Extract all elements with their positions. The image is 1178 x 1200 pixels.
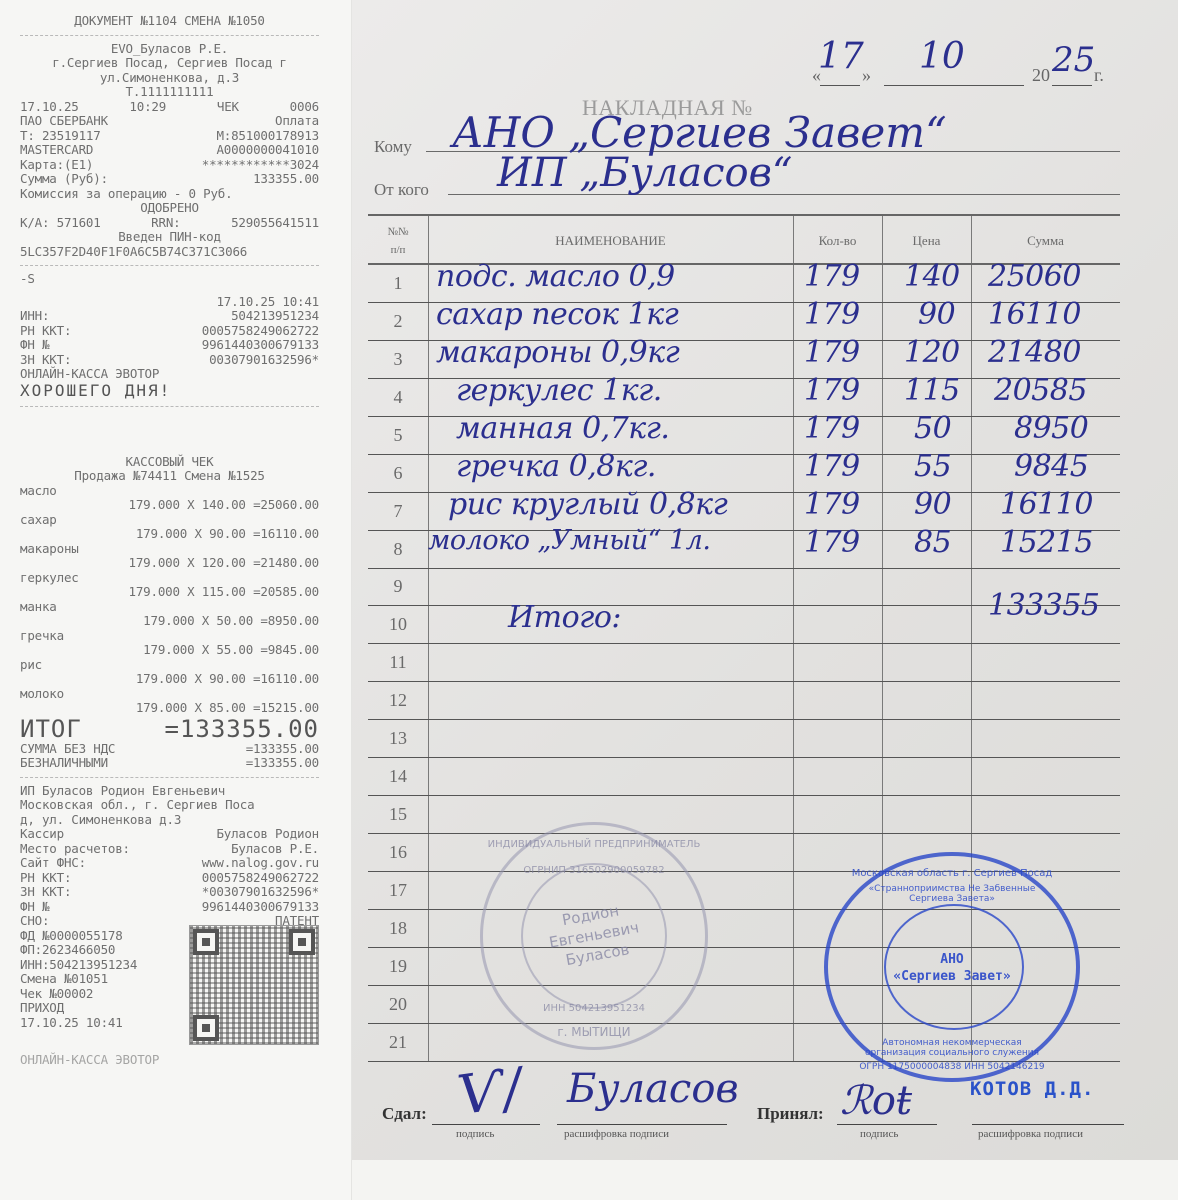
cash-receipt: ДОКУМЕНТ №1104 СМЕНА №1050 EVO_Буласов Р… [0,0,352,1200]
divider [20,406,319,407]
receipt-item-line: 179.000 X 85.00 =15215.00 [20,701,319,716]
receipt-inn: 504213951234 [231,309,319,324]
item-sum: 20585 [994,373,1087,408]
invoice-form: « » 20 г. 17 10 25 НАКЛАДНАЯ № Кому АНО … [352,0,1178,1160]
receipt-aid: A0000000041010 [216,143,319,158]
receipt-place: Буласов Р.Е. [231,842,319,857]
receipt-online-kassa: ОНЛАЙН-КАССА ЭВОТОР [20,367,319,382]
item-qty: 179 [804,525,860,560]
receipt-zn-kkt-label: ЗН ККТ: [20,353,71,368]
gave-label: Сдал: [382,1104,427,1124]
ip-stamp: ИНДИВИДУАЛЬНЫЙ ПРЕДПРИНИМАТЕЛЬ ОГРНИП 31… [480,822,708,1050]
item-name: молоко „Умный“ 1л. [428,525,710,556]
total-label: Итого: [508,600,621,635]
received-name-stamp: КОТОВ Д.Д. [970,1078,1094,1100]
receipt-item-name: масло [20,484,319,499]
invoice-date: « » 20 г. [812,45,1172,85]
receipt-datetime3: 17.10.25 10:41 [20,1016,137,1031]
year-g: г. [1094,65,1104,86]
receipt-sum-label: Сумма (Руб): [20,172,108,187]
divider [20,35,319,36]
item-name: макароны 0,9кг [436,335,679,370]
receipt-merchant: М:851000178913 [216,129,319,144]
date-year: 25 [1052,40,1095,80]
item-qty: 179 [804,335,860,370]
receipt-total-value: =133355.00 [165,716,320,742]
receipt-inn-label: ИНН: [20,309,49,324]
receipt-rn-kkt2-label: РН ККТ: [20,871,71,886]
table-row: 14 [368,758,1120,796]
item-qty: 179 [804,259,860,294]
receipt-fd: ФД №0000055178 [20,929,137,944]
receipt-item-name: гречка [20,629,319,644]
year-prefix: 20 [1032,65,1050,86]
receipt-item-name: манка [20,600,319,615]
receipt-rrn: 529055641511 [231,216,319,231]
receipt-operation: Оплата [275,114,319,129]
receipt-place-label: Место расчетов: [20,842,130,857]
qr-code-icon [189,925,319,1045]
receipt-fn: 9961440300679133 [202,338,319,353]
receipt-item-name: макароны [20,542,319,557]
item-price: 90 [918,297,955,332]
item-price: 85 [914,525,951,560]
item-price: 120 [904,335,960,370]
receipt-cashless-label: БЕЗНАЛИЧНЫМИ [20,756,108,771]
gave-decode-caption: расшифровка подписи [564,1128,669,1140]
receipt-income: ПРИХОД [20,1001,137,1016]
item-qty: 179 [804,487,860,522]
table-row: 15 [368,796,1120,834]
receipt-fns-label: Сайт ФНС: [20,856,86,871]
col-sum: Сумма [971,216,1120,265]
item-qty: 179 [804,411,860,446]
receipt-check-label: ЧЕК [217,100,239,115]
col-qty: Кол-во [793,216,882,265]
item-price: 50 [914,411,951,446]
receipt-check-no: 0006 [290,100,319,115]
receipt-inn2: ИНН:504213951234 [20,958,137,973]
receipt-zn-kkt2: *00307901632596* [202,885,319,900]
gave-signature: Ѵ/ [453,1056,526,1127]
receipt-address-2: ул.Симоненкова, д.3 [20,71,319,86]
item-sum: 16110 [988,297,1081,332]
receipt-ip-addr-2: д, ул. Симоненкова д.3 [20,813,319,828]
receipt-sno-label: СНО: [20,914,49,929]
item-qty: 179 [804,373,860,408]
date-day: 17 [818,36,864,77]
receipt-cashier-label: Кассир [20,827,64,842]
item-price: 115 [904,373,960,408]
item-price: 140 [904,259,960,294]
receipt-rn-kkt-label: РН ККТ: [20,324,71,339]
table-row-total: 10Итого:133355 [368,606,1120,644]
receipt-item-name: геркулес [20,571,319,586]
receipt-approved: ОДОБРЕНО [20,201,319,216]
receipt-ip-addr-1: Московская обл., г. Сергиев Поса [20,798,319,813]
ano-stamp: Московская область г. Сергиев Посад «Стр… [824,852,1080,1082]
receipt-total-row: ИТОГ =133355.00 [20,716,319,742]
table-header: №№ п/п НАИМЕНОВАНИЕ Кол-во Цена Сумма [368,214,1120,265]
receipt-no-vat-label: СУММА БЕЗ НДС [20,742,115,757]
receipt-items: масло 179.000 X 140.00 =25060.00 сахар 1… [20,484,319,716]
receipt-item-line: 179.000 X 120.00 =21480.00 [20,556,319,571]
receipt-date: 17.10.25 [20,100,79,115]
receipt-card-label: Карта:(E1) [20,158,93,173]
receipt-bank: ПАО СБЕРБАНК [20,114,108,129]
item-price: 90 [914,487,951,522]
gave-signature-caption: подпись [456,1128,494,1140]
item-sum: 25060 [988,259,1081,294]
receipt-goodbye: ХОРОШЕГО ДНЯ! [20,382,319,400]
receipt-item-line: 179.000 X 115.00 =20585.00 [20,585,319,600]
table-row: 13 [368,720,1120,758]
divider [20,265,319,266]
receipt-fp: ФП:2623466050 [20,943,137,958]
receipt-fn2-label: ФН № [20,900,49,915]
receipt-shift: Смена №01051 [20,972,137,987]
divider [20,777,319,778]
receipt-zn-kkt2-label: ЗН ККТ: [20,885,71,900]
receipt-fn2: 9961440300679133 [202,900,319,915]
receipt-hash: 5LC357F2D40F1F0A6C5B74C371C3066 [20,245,319,260]
item-name: подс. масло 0,9 [436,259,675,294]
item-name: геркулес 1кг. [456,373,662,408]
receipt-seller: EVO_Буласов Р.Е. [20,42,319,57]
item-name: гречка 0,8кг. [456,449,656,484]
receipt-zn-kkt: 00307901632596* [209,353,319,368]
receipt-doc-header: ДОКУМЕНТ №1104 СМЕНА №1050 [20,14,319,29]
receipt-cashier: Буласов Родион [216,827,319,842]
receipt-item-name: сахар [20,513,319,528]
item-sum: 8950 [1014,411,1088,446]
from-label: От кого [374,180,429,200]
table-row: 8молоко „Умный“ 1л.1798515215 [368,531,1120,569]
item-sum: 21480 [988,335,1081,370]
receipt-rn-kkt: 0005758249062722 [202,324,319,339]
item-sum: 16110 [1000,487,1093,522]
col-no: №№ [388,223,409,241]
item-qty: 179 [804,449,860,484]
receipt-fns: www.nalog.gov.ru [202,856,319,871]
receipt-pin: Введен ПИН-код [20,230,319,245]
item-price: 55 [914,449,951,484]
receipt-cashless-value: =133355.00 [246,756,319,771]
total-sum: 133355 [988,588,1100,623]
receipt-ip-line: ИП Буласов Родион Евгеньевич [20,784,319,799]
receipt-date-row: 17.10.25 10:29 ЧЕК 0006 [20,100,319,115]
receipt-time: 10:29 [129,100,166,115]
receipt-fn-label: ФН № [20,338,49,353]
item-sum: 9845 [1014,449,1088,484]
receipt-rn-kkt2: 0005758249062722 [202,871,319,886]
col-price: Цена [882,216,971,265]
received-decode-caption: расшифровка подписи [978,1128,1083,1140]
to-label: Кому [374,137,412,157]
received-label: Принял: [757,1104,824,1124]
col-name: НАИМЕНОВАНИЕ [428,216,793,265]
receipt-no-vat-value: =133355.00 [246,742,319,757]
receipt-sum-value: 133355.00 [253,172,319,187]
receipt-item-line: 179.000 X 50.00 =8950.00 [20,614,319,629]
receipt-sale-line: Продажа №74411 Смена №1525 [20,469,319,484]
receipt-card-type: MASTERCARD [20,143,93,158]
item-sum: 15215 [1000,525,1093,560]
item-name: манная 0,7кг. [456,411,669,446]
item-qty: 179 [804,297,860,332]
col-no-sub: п/п [391,241,406,259]
receipt-terminal: Т: 23519117 [20,129,101,144]
receipt-item-line: 179.000 X 90.00 =16110.00 [20,672,319,687]
receipt-auth-code: К/А: 571601 [20,216,101,231]
table-row: 12 [368,682,1120,720]
gave-decode: Буласов [567,1066,739,1112]
receipt-item-line: 179.000 X 140.00 =25060.00 [20,498,319,513]
receipt-rrn-label: RRN: [151,216,180,231]
receipt-item-name: молоко [20,687,319,702]
receipt-item-line: 179.000 X 90.00 =16110.00 [20,527,319,542]
received-signature-caption: подпись [860,1128,898,1140]
receipt-datetime: 17.10.25 10:41 [20,295,319,310]
receipt-phone: Т.1111111111 [20,85,319,100]
receipt-commission: Комиссия за операцию - 0 Руб. [20,187,319,202]
date-month: 10 [919,36,965,77]
received-signature: ℛoŧ [840,1078,912,1124]
item-name: рис круглый 0,8кг [448,487,727,522]
receipt-sig: -S [20,272,319,287]
receipt-check2: Чек №00002 [20,987,137,1002]
receipt-cash-check-title: КАССОВЫЙ ЧЕК [20,455,319,470]
item-name: сахар песок 1кг [436,297,678,332]
table-row: 11 [368,644,1120,682]
receipt-item-name: рис [20,658,319,673]
receipt-address-1: г.Сергиев Посад, Сергиев Посад г [20,56,319,71]
receipt-footer-cut: ОНЛАЙН-КАССА ЭВОТОР [20,1053,319,1068]
receipt-card-mask: ************3024 [202,158,319,173]
from-value: ИП „Буласов“ [497,150,792,196]
receipt-total-label: ИТОГ [20,716,82,742]
receipt-item-line: 179.000 X 55.00 =9845.00 [20,643,319,658]
